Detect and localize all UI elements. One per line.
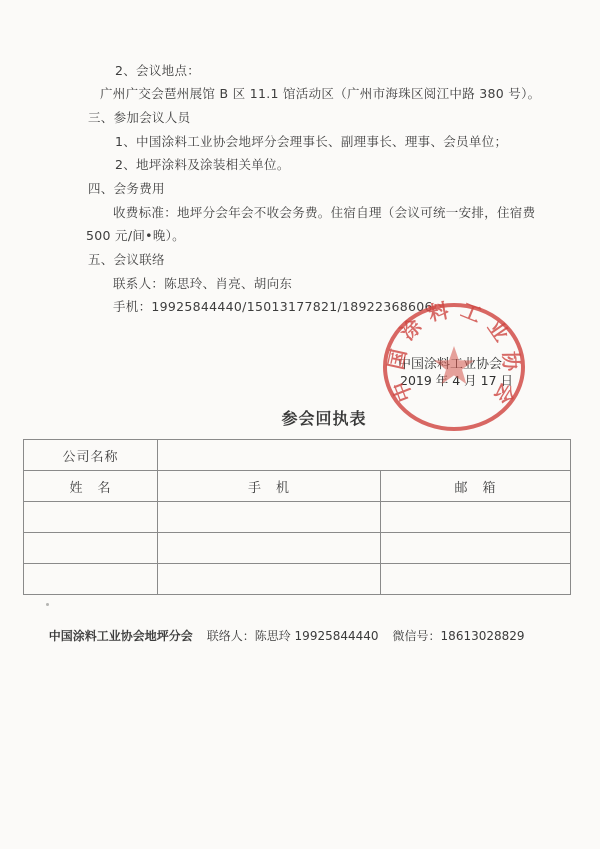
blank-cell	[158, 564, 381, 595]
text-line-section-fees: 四、会务费用	[88, 182, 165, 196]
document-page: 2、会议地点： 广州广交会琶州展馆 B 区 11.1 馆活动区（广州市海珠区阅江…	[0, 0, 600, 849]
table-row-blank-1	[24, 502, 571, 533]
blank-cell	[24, 502, 158, 533]
text-line-fee-standard: 收费标准：地坪分会年会不收会务费。住宿自理（会议可统一安排，住宿费	[113, 206, 535, 220]
footer-wechat-id: 微信号：18613028829	[393, 629, 525, 643]
company-name-label: 公司名称	[24, 440, 158, 471]
blank-cell	[158, 533, 381, 564]
text-line-contact-phones: 手机：19925844440/15013177821/18922368606	[113, 300, 433, 314]
blank-cell	[381, 502, 571, 533]
table-row-blank-2	[24, 533, 571, 564]
blank-cell	[381, 533, 571, 564]
signature-date: 2019 年 4 月 17 日	[400, 371, 513, 389]
text-line-meeting-address: 广州广交会琶州展馆 B 区 11.1 馆活动区（广州市海珠区阅江中路 380 号…	[100, 87, 540, 101]
table-row-company: 公司名称	[24, 440, 571, 471]
text-line-contact-persons: 联系人：陈思玲、肖亮、胡向东	[113, 277, 292, 291]
text-line-section-contact: 五、会议联络	[88, 253, 165, 267]
column-header-email: 邮 箱	[381, 471, 571, 502]
table-row-blank-3	[24, 564, 571, 595]
footer-contact-line: 中国涂料工业协会地坪分会联络人：陈思玲 19925844440微信号：18613…	[0, 613, 558, 658]
footer-contact-person: 联络人：陈思玲 19925844440	[207, 629, 379, 643]
company-name-blank-cell	[158, 440, 571, 471]
text-line-participants-item-2: 2、地坪涂料及涂装相关单位。	[115, 158, 290, 172]
blank-cell	[381, 564, 571, 595]
signature-org-name: 中国涂料工业协会	[398, 353, 502, 372]
text-line-fee-standard-cont: 500 元/间•晚）。	[86, 229, 185, 243]
table-row-headers: 姓 名 手 机 邮 箱	[24, 471, 571, 502]
reply-form-table: 公司名称 姓 名 手 机 邮 箱	[23, 439, 571, 595]
column-header-phone: 手 机	[158, 471, 381, 502]
text-line-meeting-location-heading: 2、会议地点：	[115, 64, 200, 78]
blank-cell	[24, 533, 158, 564]
text-line-participants-item-1: 1、中国涂料工业协会地坪分会理事长、副理事长、理事、会员单位；	[115, 135, 507, 149]
blank-cell	[158, 502, 381, 533]
text-line-section-participants: 三、参加会议人员	[88, 111, 190, 125]
footer-org-name: 中国涂料工业协会地坪分会	[49, 629, 193, 643]
scan-artifact-dot	[46, 603, 49, 606]
column-header-name: 姓 名	[24, 471, 158, 502]
blank-cell	[24, 564, 158, 595]
reply-form-title: 参会回执表	[24, 406, 600, 429]
